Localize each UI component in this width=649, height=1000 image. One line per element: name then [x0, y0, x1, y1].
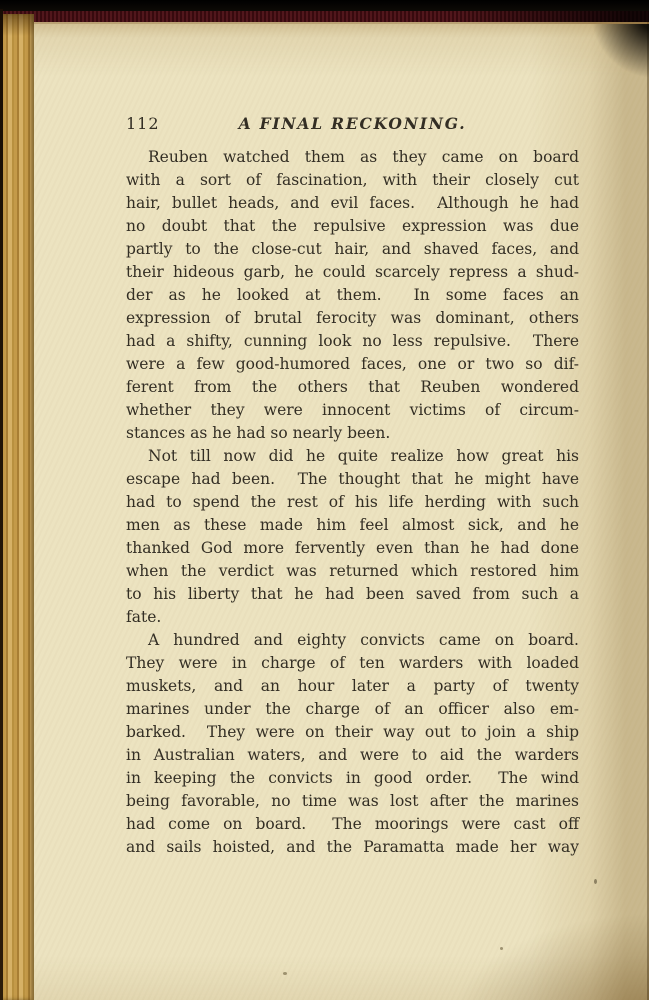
text-line: with a sort of fascination, with their c… [126, 169, 579, 192]
text-line: barked. They were on their way out to jo… [126, 721, 579, 744]
text-line: hair, bullet heads, and evil faces. Alth… [126, 192, 579, 215]
text-line: stances as he had so nearly been. [126, 422, 579, 445]
text-line: in keeping the convicts in good order. T… [126, 767, 579, 790]
page-text: Reuben watched them as they came on boar… [126, 146, 579, 859]
text-line: They were in charge of ten warders with … [126, 652, 579, 675]
text-line: partly to the close-cut hair, and shaved… [126, 238, 579, 261]
text-line: marines under the charge of an officer a… [126, 698, 579, 721]
text-line: ferent from the others that Reuben wonde… [126, 376, 579, 399]
text-line: thanked God more fervently even than he … [126, 537, 579, 560]
paragraph: A hundred and eighty convicts came on bo… [126, 629, 579, 859]
text-line: their hideous garb, he could scarcely re… [126, 261, 579, 284]
text-line: had to spend the rest of his life herdin… [126, 491, 579, 514]
text-line: Not till now did he quite realize how gr… [126, 445, 579, 468]
paragraph: Not till now did he quite realize how gr… [126, 445, 579, 629]
text-line: to his liberty that he had been saved fr… [126, 583, 579, 606]
text-line: fate. [126, 606, 579, 629]
text-line: men as these made him feel almost sick, … [126, 514, 579, 537]
text-line: no doubt that the repulsive expression w… [126, 215, 579, 238]
text-line: were a few good-humored faces, one or tw… [126, 353, 579, 376]
scan-speck [594, 879, 597, 884]
book-scan-page: 112 A FINAL RECKONING. Reuben watched th… [0, 0, 649, 1000]
text-line: Reuben watched them as they came on boar… [126, 146, 579, 169]
text-line: A hundred and eighty convicts came on bo… [126, 629, 579, 652]
text-line: whether they were innocent victims of ci… [126, 399, 579, 422]
text-line: expression of brutal ferocity was domina… [126, 307, 579, 330]
text-line: der as he looked at them. In some faces … [126, 284, 579, 307]
running-header-title: A FINAL RECKONING. [126, 114, 579, 133]
page-header: 112 A FINAL RECKONING. [126, 112, 579, 136]
scan-speck [283, 972, 287, 975]
text-line: muskets, and an hour later a party of tw… [126, 675, 579, 698]
text-line: and sails hoisted, and the Paramatta mad… [126, 836, 579, 859]
page-content: 112 A FINAL RECKONING. Reuben watched th… [0, 0, 649, 1000]
text-line: being favorable, no time was lost after … [126, 790, 579, 813]
text-line: had come on board. The moorings were cas… [126, 813, 579, 836]
scan-speck [500, 947, 503, 950]
text-line: had a shifty, cunning look no less repul… [126, 330, 579, 353]
text-line: in Australian waters, and were to aid th… [126, 744, 579, 767]
paragraph: Reuben watched them as they came on boar… [126, 146, 579, 445]
text-line: escape had been. The thought that he mig… [126, 468, 579, 491]
text-line: when the verdict was returned which rest… [126, 560, 579, 583]
